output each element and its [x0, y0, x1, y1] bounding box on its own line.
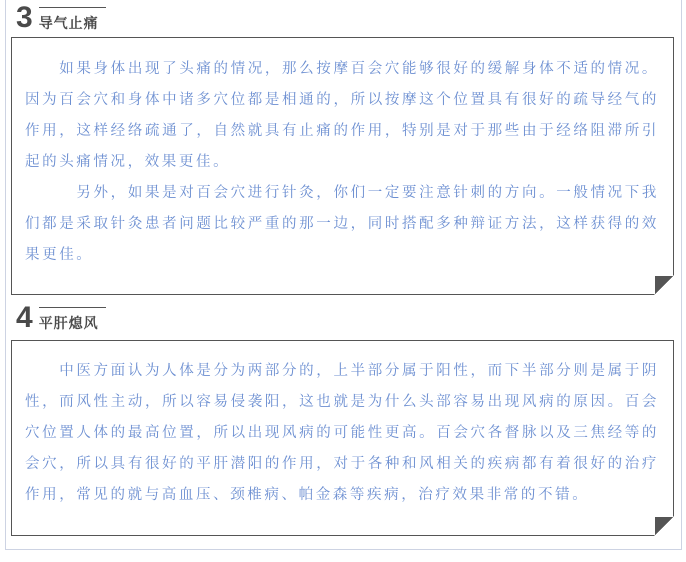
- section-title-wrap: 导气止痛: [39, 9, 99, 33]
- section-number: 3: [16, 3, 33, 33]
- section-heading-3: 3 导气止痛: [16, 3, 99, 33]
- section-title: 平肝熄风: [39, 316, 99, 332]
- section-title-wrap: 平肝熄风: [39, 309, 99, 333]
- section-content-box-3: 如果身体出现了头痛的情况，那么按摩百会穴能够很好的缓解身体不适的情况。因为百会穴…: [11, 37, 674, 295]
- section-number: 4: [16, 303, 33, 333]
- section-heading-4: 4 平肝熄风: [16, 303, 99, 333]
- paragraph: 中医方面认为人体是分为两部分的，上半部分属于阳性，而下半部分则是属于阴性，而风性…: [12, 356, 673, 511]
- paragraph: 如果身体出现了头痛的情况，那么按摩百会穴能够很好的缓解身体不适的情况。因为百会穴…: [12, 54, 673, 178]
- paragraph: 另外，如果是对百会穴进行针灸，你们一定要注意针刺的方向。一般情况下我们都是采取针…: [12, 178, 673, 271]
- page-curl-icon: [655, 517, 673, 535]
- page-curl-icon: [655, 276, 673, 294]
- section-content-box-4: 中医方面认为人体是分为两部分的，上半部分属于阳性，而下半部分则是属于阴性，而风性…: [11, 340, 674, 536]
- section-title: 导气止痛: [39, 16, 99, 32]
